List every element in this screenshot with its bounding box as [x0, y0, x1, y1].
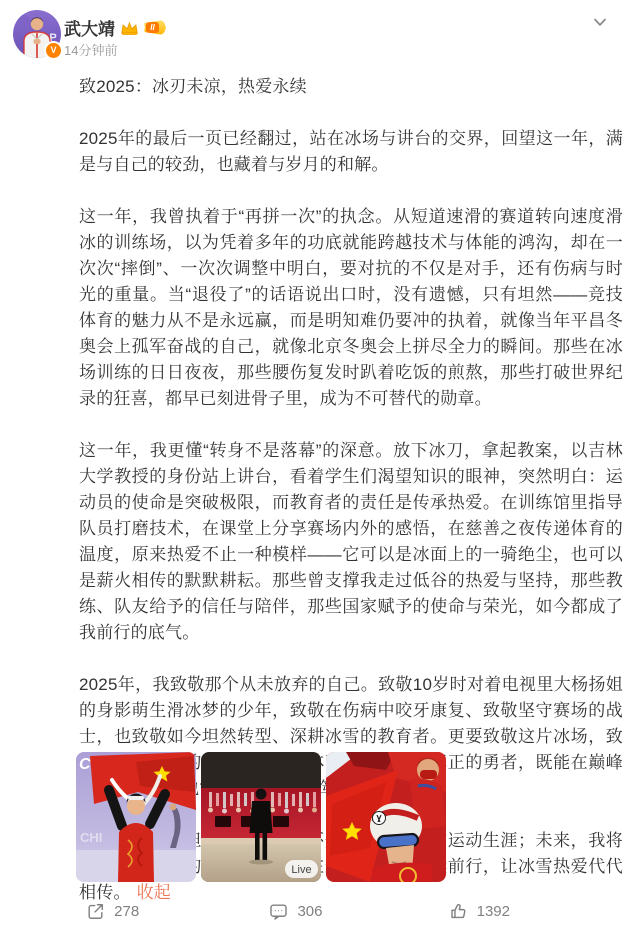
post-paragraph: 这一年，我曾执着于“再拼一次”的执念。从短道速滑的赛道转向速度滑冰的训练场，以为… [79, 204, 623, 412]
thumbs-up-icon [449, 902, 468, 921]
membership-level-label: II [146, 22, 159, 33]
username[interactable]: 武大靖 [64, 15, 115, 40]
post-paragraph: 2025年的最后一页已经翻过，站在冰场与讲台的交界，回望这一年，满是与自己的较劲… [79, 126, 623, 178]
weibo-post: P V 武大靖 II 14分钟前 致2025：冰刃未凉，热爱永续 2025年的最… [0, 0, 640, 931]
post-image-3[interactable] [326, 752, 446, 882]
repost-count: 278 [114, 903, 139, 920]
repost-button[interactable]: 278 [21, 894, 204, 928]
image-1-art: Chang 2018 CHI [76, 752, 196, 882]
comment-count: 306 [297, 903, 322, 920]
like-button[interactable]: 1392 [388, 894, 571, 928]
post-toolbar: 278 306 1392 [21, 894, 571, 928]
repost-icon [86, 902, 105, 921]
post-image-1[interactable]: Chang 2018 CHI [76, 752, 196, 882]
verified-badge: V [44, 41, 63, 60]
avatar[interactable]: P V [13, 10, 61, 58]
membership-level-badge[interactable]: II [144, 20, 166, 35]
comment-button[interactable]: 306 [204, 894, 387, 928]
image-3-art [326, 752, 446, 882]
post-paragraph: 这一年，我更懂“转身不是落幕”的深意。放下冰刀，拿起教案，以吉林大学教授的身份站… [79, 438, 623, 646]
svg-text:CHI: CHI [80, 830, 102, 845]
post-image-2[interactable]: Live [201, 752, 321, 882]
live-badge-label: Live [291, 864, 311, 876]
post-timestamp: 14分钟前 [64, 40, 117, 59]
crown-icon [120, 20, 139, 36]
post-image-grid: Chang 2018 CHI [76, 752, 446, 882]
chevron-down-icon[interactable] [590, 12, 610, 32]
post-paragraph: 致2025：冰刃未凉，热爱永续 [79, 74, 623, 100]
like-count: 1392 [477, 903, 510, 920]
comment-icon [269, 902, 288, 921]
image-2-art: Live [201, 752, 321, 882]
